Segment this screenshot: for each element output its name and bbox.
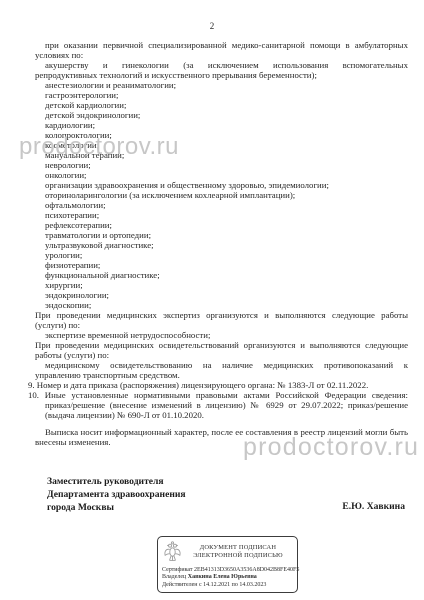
- doc-line: гастроэнтерологии;: [28, 90, 408, 100]
- license-extract-page: 2 при оказании первичной специализирован…: [0, 0, 424, 600]
- doc-line: рефлексотерапии;: [28, 220, 408, 230]
- doc-line: эндоскопии;: [28, 300, 408, 310]
- doc-line: При проведении медицинских освидетельств…: [28, 340, 408, 350]
- doc-line: оториноларингологии (за исключением кохл…: [28, 190, 408, 200]
- doc-line: (выдача лицензии) № 690-Л от 01.10.2020.: [28, 410, 408, 420]
- doc-line: При проведении медицинских экспертиз орг…: [28, 310, 408, 320]
- coat-of-arms-icon: [162, 540, 183, 564]
- stamp-title-line2: ЭЛЕКТРОННОЙ ПОДПИСЬЮ: [183, 552, 293, 560]
- doc-line: 10. Иные установленные нормативными прав…: [28, 390, 408, 400]
- doc-line: детской кардиологии;: [28, 100, 408, 110]
- document-body: при оказании первичной специализированно…: [28, 40, 408, 447]
- doc-line: колопроктологии;: [28, 130, 408, 140]
- certificate-line: Сертификат 2EB41313D3650A3536A8D042B8FE4…: [162, 567, 293, 574]
- page-number: 2: [0, 21, 424, 31]
- doc-line: детской эндокринологии;: [28, 110, 408, 120]
- doc-line: физиотерапии;: [28, 260, 408, 270]
- doc-line: управлению транспортным средством.: [28, 370, 408, 380]
- owner-name: Хавкина Елена Юрьевна: [188, 574, 257, 580]
- doc-line: внесены изменения.: [28, 437, 408, 447]
- doc-line: акушерству и гинекологии (за исключением…: [28, 60, 408, 70]
- doc-line: эндокринологии;: [28, 290, 408, 300]
- signer-title-line: Заместитель руководителя: [47, 476, 405, 489]
- doc-line: травматологии и ортопедии;: [28, 230, 408, 240]
- signature-block: Заместитель руководителя Департамента зд…: [47, 476, 405, 515]
- doc-line: условиях по:: [28, 50, 408, 60]
- doc-line: косметологии;: [28, 140, 408, 150]
- doc-line: психотерапии;: [28, 210, 408, 220]
- doc-line: работы (услуги) по:: [28, 350, 408, 360]
- doc-line: ультразвуковой диагностике;: [28, 240, 408, 250]
- doc-line: хирургии;: [28, 280, 408, 290]
- validity-line: Действителен с 14.12.2021 по 14.03.2023: [162, 582, 293, 589]
- doc-line: Выписка носит информационный характер, п…: [28, 427, 408, 437]
- doc-line: организации здравоохранения и общественн…: [28, 180, 408, 190]
- doc-line: 9. Номер и дата приказа (распоряжения) л…: [28, 380, 408, 390]
- doc-line: урологии;: [28, 250, 408, 260]
- doc-line: неврологии;: [28, 160, 408, 170]
- doc-line: онкологии;: [28, 170, 408, 180]
- certificate-label: Сертификат: [162, 567, 193, 573]
- doc-line: (услуги) по:: [28, 320, 408, 330]
- owner-line: Владелец Хавкина Елена Юрьевна: [162, 574, 293, 581]
- stamp-title-line1: ДОКУМЕНТ ПОДПИСАН: [183, 544, 293, 552]
- doc-line: функциональной диагностике;: [28, 270, 408, 280]
- doc-line: мануальной терапии;: [28, 150, 408, 160]
- electronic-signature-stamp: ДОКУМЕНТ ПОДПИСАН ЭЛЕКТРОННОЙ ПОДПИСЬЮ С…: [157, 536, 298, 593]
- owner-label: Владелец: [162, 574, 186, 580]
- stamp-header: ДОКУМЕНТ ПОДПИСАН ЭЛЕКТРОННОЙ ПОДПИСЬЮ: [162, 540, 293, 564]
- doc-line: кардиологии;: [28, 120, 408, 130]
- stamp-info: Сертификат 2EB41313D3650A3536A8D042B8FE4…: [162, 567, 293, 589]
- doc-line: медицинскому освидетельствованию на нали…: [28, 360, 408, 370]
- doc-line: репродуктивных технологий и искусственно…: [28, 70, 408, 80]
- doc-line: офтальмологии;: [28, 200, 408, 210]
- certificate-value: 2EB41313D3650A3536A8D042B8FE40F5: [194, 567, 299, 573]
- doc-line: экспертизе временной нетрудоспособности;: [28, 330, 408, 340]
- signer-title-line: Департамента здравоохранения: [47, 489, 405, 502]
- doc-line: приказ/решение (внесение изменений в лиц…: [28, 400, 408, 410]
- stamp-title: ДОКУМЕНТ ПОДПИСАН ЭЛЕКТРОННОЙ ПОДПИСЬЮ: [183, 544, 293, 560]
- doc-line: анестезиологии и реаниматологии;: [28, 80, 408, 90]
- doc-line: при оказании первичной специализированно…: [28, 40, 408, 50]
- signer-name: Е.Ю. Хавкина: [342, 501, 405, 514]
